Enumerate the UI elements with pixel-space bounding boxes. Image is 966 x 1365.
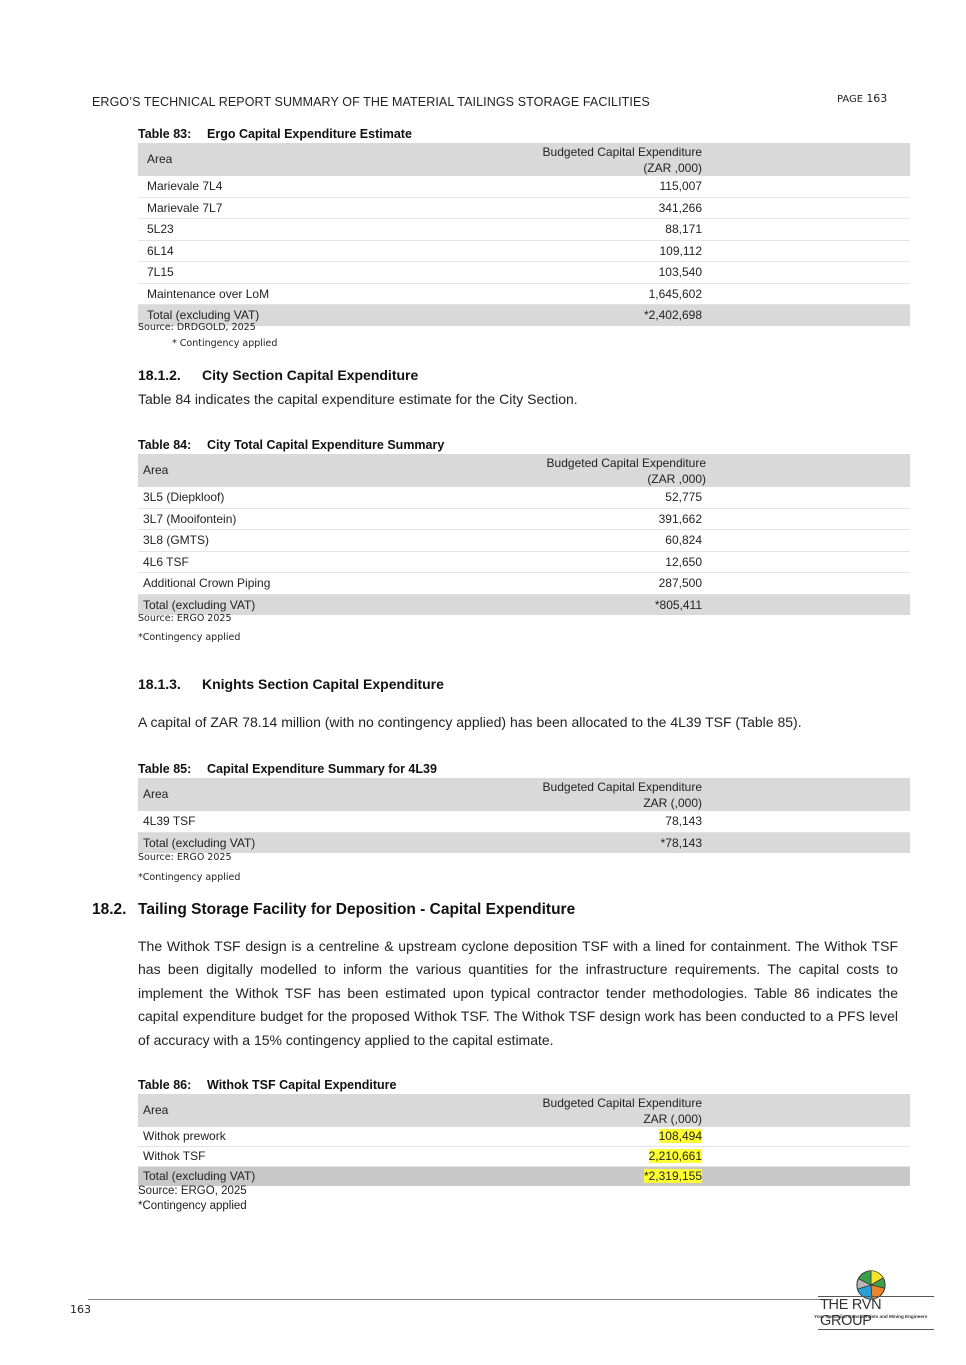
table-85-number: Table 85: — [138, 762, 207, 776]
table-row: Withok TSF2,210,661 — [138, 1147, 910, 1167]
section-18-2-text: The Withok TSF design is a centreline & … — [138, 935, 898, 1052]
cell-area: 6L14 — [147, 244, 174, 258]
table-84-number: Table 84: — [138, 438, 207, 452]
cell-value: 12,650 — [665, 555, 702, 569]
section-number: 18.1.2. — [138, 367, 202, 383]
budget-header-line1: Budgeted Capital Expenditure — [543, 779, 702, 795]
table-row: 3L7 (Mooifontein)391,662 — [138, 509, 910, 531]
cell-value: 109,112 — [660, 244, 703, 258]
section-number: 18.1.3. — [138, 676, 202, 692]
column-header-budget: Budgeted Capital Expenditure (ZAR ,000) — [543, 144, 702, 176]
table-row: Marievale 7L7341,266 — [138, 198, 910, 220]
cell-value: 88,171 — [665, 222, 702, 236]
table-row: 3L5 (Diepkloof)52,775 — [138, 487, 910, 509]
table-total-row: Total (excluding VAT)*2,319,155 — [138, 1167, 910, 1186]
section-18-1-2-heading: 18.1.2.City Section Capital Expenditure — [138, 367, 418, 383]
table-85-caption: Table 85:Capital Expenditure Summary for… — [138, 762, 437, 776]
table-row: 7L15103,540 — [138, 262, 910, 284]
cell-area: Additional Crown Piping — [143, 576, 270, 590]
budget-header-line1: Budgeted Capital Expenditure — [543, 144, 702, 160]
section-18-1-3-heading: 18.1.3.Knights Section Capital Expenditu… — [138, 676, 444, 692]
table-total-row: Total (excluding VAT)*78,143 — [138, 833, 910, 854]
footer-page-number: 163 — [70, 1303, 91, 1316]
table-row: 5L2388,171 — [138, 219, 910, 241]
budget-header-line1: Budgeted Capital Expenditure — [543, 1095, 702, 1111]
cell-value: 60,824 — [665, 533, 702, 547]
column-header-area: Area — [143, 787, 168, 801]
cell-area: 7L15 — [147, 265, 174, 279]
table-row: Marievale 7L4115,007 — [138, 176, 910, 198]
cell-area: 5L23 — [147, 222, 174, 236]
page-prefix: PAGE — [837, 94, 863, 105]
page-number: 163 — [866, 92, 887, 105]
footer-divider — [88, 1299, 833, 1300]
table-84-source: Source: ERGO 2025 — [138, 613, 232, 624]
table-row: Maintenance over LoM1,645,602 — [138, 284, 910, 306]
table-86-number: Table 86: — [138, 1078, 207, 1092]
cell-value: *805,411 — [655, 598, 702, 612]
cell-area: Maintenance over LoM — [147, 287, 269, 301]
rvn-group-logo: THE RVN GROUP Your Specialist Geoscienti… — [814, 1270, 934, 1322]
cell-area: Withok TSF — [143, 1149, 205, 1163]
table-84-note: *Contingency applied — [138, 632, 240, 643]
cell-value: 391,662 — [659, 512, 702, 526]
table-86: Area Budgeted Capital Expenditure ZAR (,… — [138, 1094, 910, 1186]
cell-value: 287,500 — [659, 576, 702, 590]
column-header-budget: Budgeted Capital Expenditure ZAR (,000) — [543, 1095, 702, 1127]
table-85-source: Source: ERGO 2025 — [138, 852, 232, 863]
table-86-title: Withok TSF Capital Expenditure — [207, 1078, 396, 1092]
cell-value: 52,775 — [665, 490, 702, 504]
table-row: Additional Crown Piping287,500 — [138, 573, 910, 595]
table-header: Area Budgeted Capital Expenditure (ZAR ,… — [138, 143, 910, 176]
cell-value: 78,143 — [665, 814, 702, 828]
cell-area: Total (excluding VAT) — [147, 308, 259, 322]
table-85-note: *Contingency applied — [138, 872, 240, 883]
section-18-1-2-text: Table 84 indicates the capital expenditu… — [138, 391, 578, 407]
table-header: Area Budgeted Capital Expenditure ZAR (,… — [138, 778, 910, 811]
column-header-area: Area — [143, 1103, 168, 1117]
table-86-source: Source: ERGO, 2025 — [138, 1185, 247, 1197]
cell-value: 115,007 — [660, 179, 703, 193]
column-header-area: Area — [143, 463, 168, 477]
column-header-area: Area — [147, 152, 172, 166]
table-83-title: Ergo Capital Expenditure Estimate — [207, 127, 412, 141]
cell-area: 4L6 TSF — [143, 555, 189, 569]
budget-header-line1: Budgeted Capital Expenditure — [547, 455, 706, 471]
table-row: 4L39 TSF78,143 — [138, 811, 910, 833]
cell-value-highlighted: 108,494 — [659, 1129, 702, 1143]
table-header: Area Budgeted Capital Expenditure ZAR (,… — [138, 1094, 910, 1127]
cell-value: 103,540 — [659, 265, 702, 279]
table-84-title: City Total Capital Expenditure Summary — [207, 438, 444, 452]
cell-area: 4L39 TSF — [143, 814, 195, 828]
table-row: 6L14109,112 — [138, 241, 910, 263]
cell-area: Marievale 7L7 — [147, 201, 222, 215]
logo-wordmark: THE RVN GROUP — [818, 1296, 934, 1330]
section-title: City Section Capital Expenditure — [202, 367, 418, 383]
table-total-row: Total (excluding VAT)*805,411 — [138, 595, 910, 616]
budget-header-line2: ZAR (,000) — [543, 1111, 702, 1127]
cell-area: Total (excluding VAT) — [143, 598, 255, 612]
cell-value: *2,402,698 — [644, 308, 702, 322]
table-row: 4L6 TSF12,650 — [138, 552, 910, 574]
cell-value-highlighted: 2,210,661 — [649, 1149, 702, 1163]
table-85: Area Budgeted Capital Expenditure ZAR (,… — [138, 778, 910, 853]
section-18-1-3-text: A capital of ZAR 78.14 million (with no … — [138, 714, 802, 730]
running-header: ERGO’S TECHNICAL REPORT SUMMARY OF THE M… — [92, 95, 650, 109]
column-header-budget: Budgeted Capital Expenditure ZAR (,000) — [543, 779, 702, 811]
table-84: Area Budgeted Capital Expenditure (ZAR ,… — [138, 454, 910, 615]
cell-area: Total (excluding VAT) — [143, 1169, 255, 1183]
table-85-title: Capital Expenditure Summary for 4L39 — [207, 762, 437, 776]
table-83-number: Table 83: — [138, 127, 207, 141]
table-86-caption: Table 86:Withok TSF Capital Expenditure — [138, 1078, 396, 1092]
table-83-source: Source: DRDGOLD, 2025 — [138, 322, 256, 333]
table-header: Area Budgeted Capital Expenditure (ZAR ,… — [138, 454, 910, 487]
budget-header-line2: (ZAR ,000) — [543, 160, 702, 176]
cell-area: 3L8 (GMTS) — [143, 533, 209, 547]
budget-header-line2: ZAR (,000) — [543, 795, 702, 811]
cell-value: *78,143 — [661, 836, 702, 850]
table-row: 3L8 (GMTS)60,824 — [138, 530, 910, 552]
cell-area: Total (excluding VAT) — [143, 836, 255, 850]
section-18-2-heading: 18.2.Tailing Storage Facility for Deposi… — [92, 901, 575, 919]
column-header-budget: Budgeted Capital Expenditure (ZAR ,000) — [547, 455, 706, 487]
page-label: PAGE 163 — [837, 92, 887, 105]
cell-area: Marievale 7L4 — [147, 179, 222, 193]
cell-value: 1,645,602 — [649, 287, 702, 301]
cell-area: 3L5 (Diepkloof) — [143, 490, 224, 504]
section-number: 18.2. — [92, 901, 138, 919]
table-86-note: *Contingency applied — [138, 1200, 247, 1212]
section-title: Tailing Storage Facility for Deposition … — [138, 901, 575, 918]
table-row: Withok prework108,494 — [138, 1127, 910, 1147]
cell-area: Withok prework — [143, 1129, 226, 1143]
table-83-caption: Table 83:Ergo Capital Expenditure Estima… — [138, 127, 412, 141]
logo-tagline: Your Specialist Geoscientists and Mining… — [814, 1314, 927, 1319]
cell-value-highlighted: *2,319,155 — [644, 1169, 702, 1183]
table-83: Area Budgeted Capital Expenditure (ZAR ,… — [138, 143, 910, 326]
cell-value: 341,266 — [659, 201, 702, 215]
cell-area: 3L7 (Mooifontein) — [143, 512, 236, 526]
section-title: Knights Section Capital Expenditure — [202, 676, 444, 692]
budget-header-line2: (ZAR ,000) — [547, 471, 706, 487]
table-83-note: * Contingency applied — [172, 338, 277, 349]
table-84-caption: Table 84:City Total Capital Expenditure … — [138, 438, 444, 452]
